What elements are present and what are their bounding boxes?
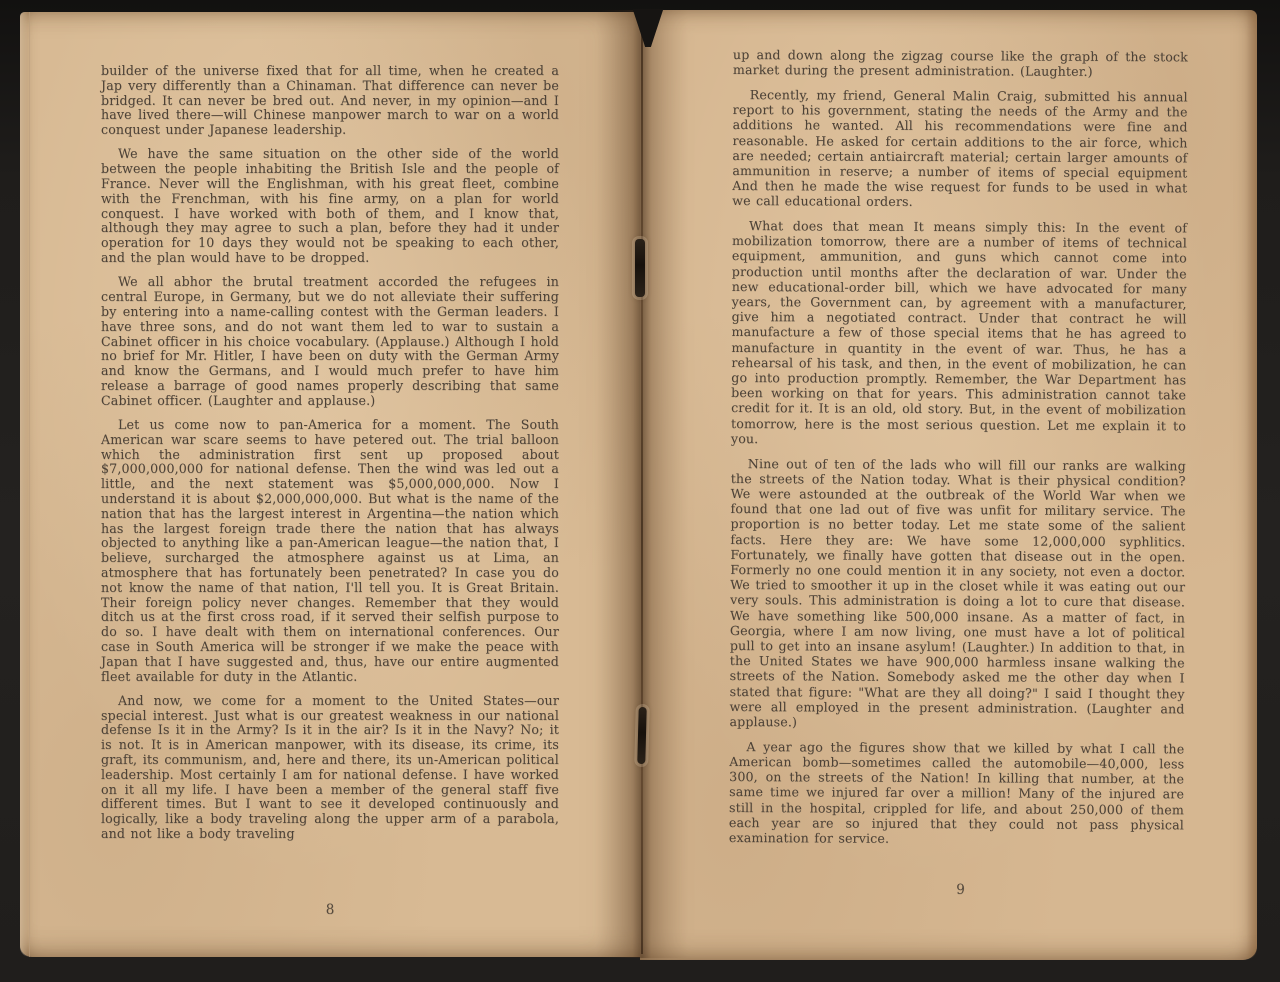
page-number-right: 9 [733,882,1188,898]
page-number-left: 8 [101,902,559,918]
paragraph: What does that mean It means simply this… [731,218,1187,448]
staple-icon [635,239,645,297]
book-spread: builder of the universe fixed that for a… [0,0,1280,982]
paragraph: Recently, my friend, General Malin Craig… [732,87,1188,211]
staple-icon [637,707,646,764]
page-right-text: up and down along the zigzag course like… [729,47,1188,857]
page-left: builder of the universe fixed that for a… [20,12,640,957]
paragraph: We all abhor the brutal treatment accord… [101,275,559,408]
paragraph: A year ago the figures show that we kill… [729,739,1185,848]
paragraph: Let us come now to pan-America for a mom… [101,418,559,684]
page-right: up and down along the zigzag course like… [640,10,1257,960]
page-left-text: builder of the universe fixed that for a… [101,64,559,851]
paragraph: We have the same situation on the other … [101,147,559,265]
paragraph: builder of the universe fixed that for a… [101,64,559,138]
paragraph: And now, we come for a moment to the Uni… [101,694,559,842]
paragraph: Nine out of ten of the lads who will fil… [729,456,1185,732]
paragraph: up and down along the zigzag course like… [733,47,1188,80]
